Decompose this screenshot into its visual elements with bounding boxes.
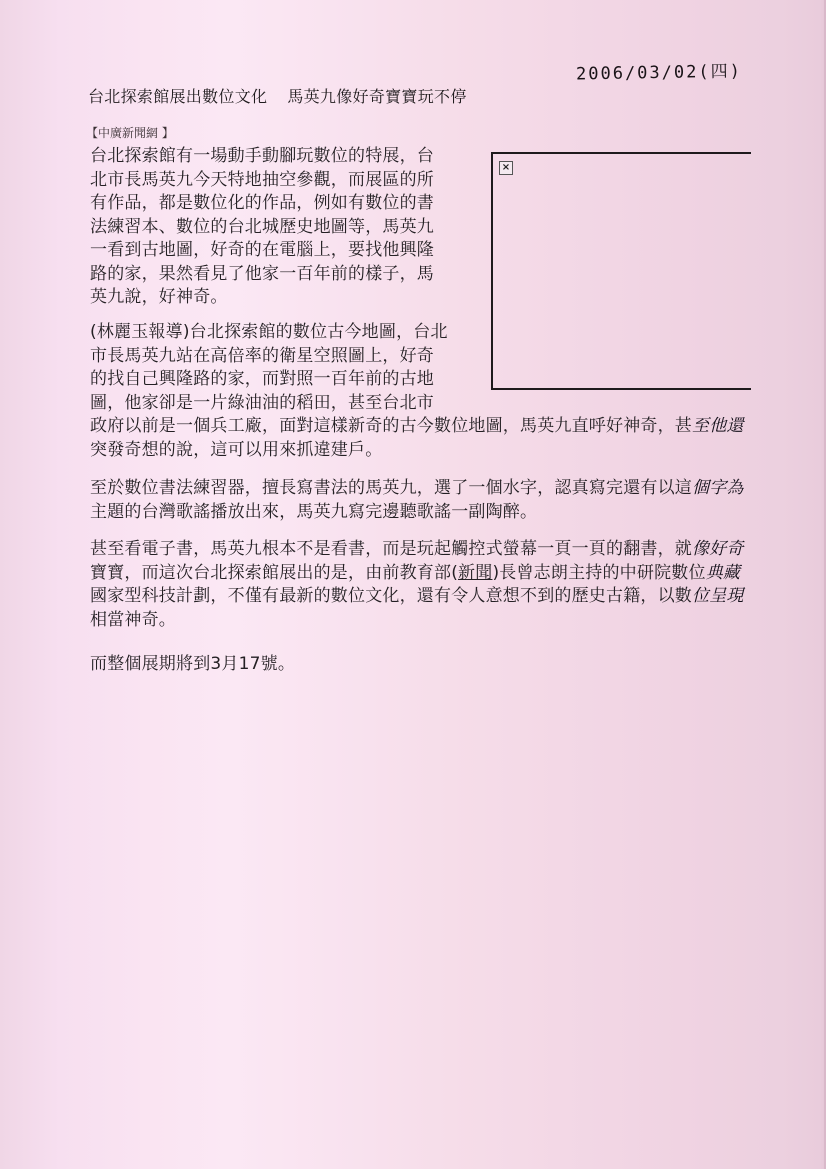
text-line: 至於數位書法練習器，擅長寫書法的馬英九，選了一個水字，認真寫完還有以這個字為 bbox=[90, 477, 810, 501]
text-line: 圖，他家卻是一片綠油油的稻田，甚至台北市 bbox=[90, 392, 470, 416]
paragraph-1: 台北探索館有一場動手動腳玩數位的特展，台 北市長馬英九今天特地抽空參觀，而展區的… bbox=[90, 145, 470, 310]
headline-part2: 馬英九像好奇寶寶玩不停 bbox=[287, 87, 466, 106]
text-line: 一看到古地圖，好奇的在電腦上，要找他興隆 bbox=[90, 239, 470, 263]
text-line: 國家型科技計劃，不僅有最新的數位文化，還有令人意想不到的歷史古籍，以數位呈現 bbox=[90, 585, 810, 609]
paragraph-2: (林麗玉報導)台北探索館的數位古今地圖，台北 市長馬英九站在高倍率的衛星空照圖上… bbox=[90, 321, 470, 415]
news-source: 【中廣新聞網 】 bbox=[86, 124, 174, 141]
handwritten-text: 至他還 bbox=[692, 416, 744, 436]
printed-text: 甚至看電子書，馬英九根本不是看書，而是玩起觸控式螢幕一頁一頁的翻書，就 bbox=[90, 539, 692, 559]
handwritten-text: 個字為 bbox=[692, 478, 744, 498]
text-line: 相當神奇。 bbox=[90, 609, 810, 633]
text-line: 北市長馬英九今天特地抽空參觀，而展區的所 bbox=[90, 169, 470, 193]
paragraph-4: 甚至看電子書，馬英九根本不是看書，而是玩起觸控式螢幕一頁一頁的翻書，就像好奇 寶… bbox=[90, 538, 810, 632]
image-placeholder: × bbox=[491, 152, 751, 390]
text-line: (林麗玉報導)台北探索館的數位古今地圖，台北 bbox=[90, 321, 470, 345]
printed-text: 寶寶，而這次台北探索館展出的是，由前教育部( bbox=[90, 563, 458, 583]
handwritten-text: 像好奇 bbox=[692, 539, 744, 559]
text-line: 而整個展期將到3月17號。 bbox=[90, 653, 490, 677]
headline: 台北探索館展出數位文化馬英九像好奇寶寶玩不停 bbox=[88, 84, 467, 107]
text-line: 政府以前是一個兵工廠，面對這樣新奇的古今數位地圖，馬英九直呼好神奇，甚至他還 bbox=[90, 415, 810, 439]
printed-text: 國家型科技計劃，不僅有最新的數位文化，還有令人意想不到的歷史古籍，以數 bbox=[90, 586, 692, 606]
text-line: 突發奇想的說，這可以用來抓違建戶。 bbox=[90, 439, 810, 463]
text-line: 主題的台灣歌謠播放出來，馬英九寫完邊聽歌謠一副陶醉。 bbox=[90, 501, 810, 525]
text-line: 台北探索館有一場動手動腳玩數位的特展，台 bbox=[90, 145, 470, 169]
paragraph-3: 至於數位書法練習器，擅長寫書法的馬英九，選了一個水字，認真寫完還有以這個字為 主… bbox=[90, 477, 810, 524]
text-line: 市長馬英九站在高倍率的衛星空照圖上，好奇 bbox=[90, 345, 470, 369]
text-line: 英九說，好神奇。 bbox=[90, 286, 470, 310]
broken-image-icon: × bbox=[499, 161, 513, 175]
handwritten-text: 位呈現 bbox=[692, 586, 744, 606]
printed-text: 政府以前是一個兵工廠，面對這樣新奇的古今數位地圖，馬英九直呼好神奇，甚 bbox=[90, 416, 692, 436]
handwritten-date: 2006/03/02(四) bbox=[576, 57, 742, 85]
paragraph-5: 而整個展期將到3月17號。 bbox=[90, 653, 490, 677]
text-line: 法練習本、數位的台北城歷史地圖等，馬英九 bbox=[90, 216, 470, 240]
printed-text: 至於數位書法練習器，擅長寫書法的馬英九，選了一個水字，認真寫完還有以這 bbox=[90, 478, 692, 498]
text-line: 寶寶，而這次台北探索館展出的是，由前教育部(新聞)長曾志朗主持的中研院數位典藏 bbox=[90, 562, 810, 586]
underlined-text: 新聞 bbox=[458, 563, 492, 583]
text-line: 路的家，果然看見了他家一百年前的樣子，馬 bbox=[90, 263, 470, 287]
text-line: 有作品，都是數位化的作品，例如有數位的書 bbox=[90, 192, 470, 216]
handwritten-text: 典藏 bbox=[706, 563, 740, 583]
headline-part1: 台北探索館展出數位文化 bbox=[88, 87, 267, 106]
paragraph-2-continued: 政府以前是一個兵工廠，面對這樣新奇的古今數位地圖，馬英九直呼好神奇，甚至他還 突… bbox=[90, 415, 810, 462]
text-line: 的找自己興隆路的家，而對照一百年前的古地 bbox=[90, 368, 470, 392]
text-line: 甚至看電子書，馬英九根本不是看書，而是玩起觸控式螢幕一頁一頁的翻書，就像好奇 bbox=[90, 538, 810, 562]
printed-text: )長曾志朗主持的中研院數位 bbox=[492, 563, 705, 583]
